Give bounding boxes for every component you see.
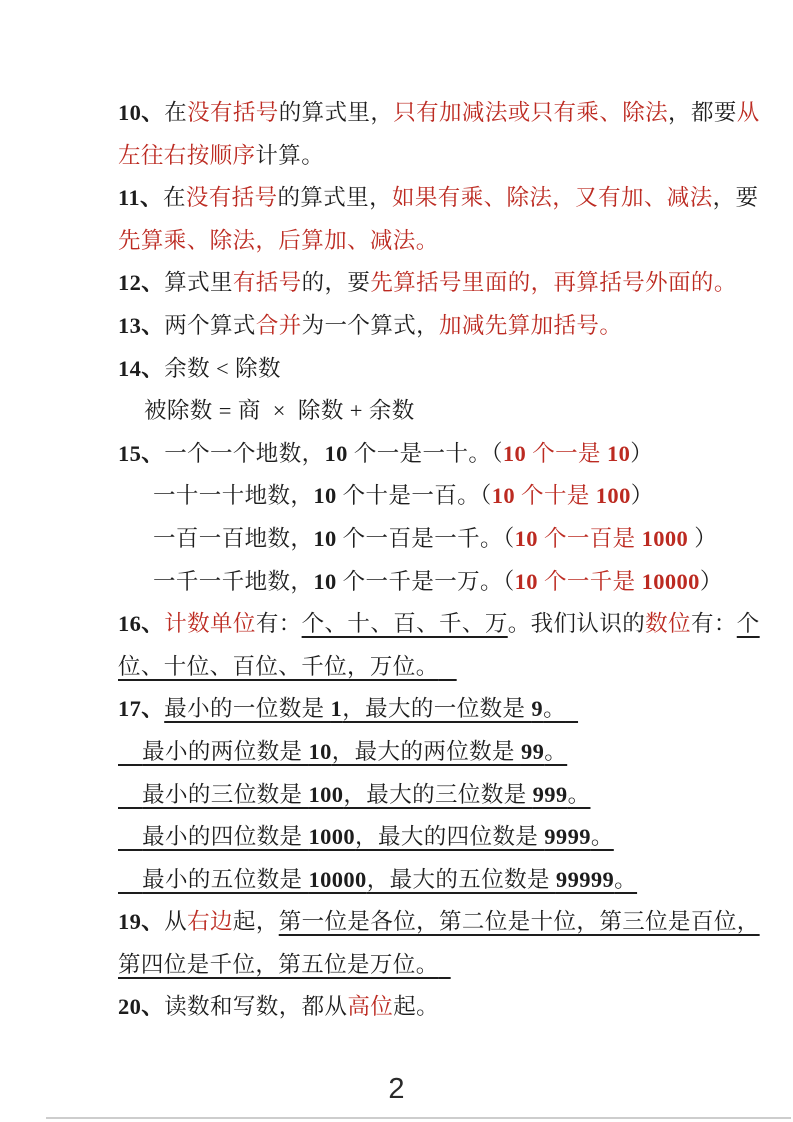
text-segment: 。 <box>568 782 591 807</box>
text-segment: 一百一百地数， <box>153 526 313 551</box>
text-segment: 12、 <box>118 270 164 295</box>
text-segment: 最小的两位数是 <box>142 739 308 764</box>
text-segment: 10000 <box>642 569 700 594</box>
text-segment: 最小的五位数是 <box>142 867 308 892</box>
text-segment: 100 <box>596 483 631 508</box>
text-line: 17、最小的一位数是 1，最大的一位数是 9。 <box>118 688 753 731</box>
text-segment: 10 <box>313 483 336 508</box>
text-segment: 个一是 <box>526 441 607 466</box>
text-segment <box>118 739 142 764</box>
footer-divider <box>46 1117 791 1119</box>
text-segment: 余数 < 除数 <box>164 356 281 381</box>
text-segment: 先算乘、除法，后算加、减法。 <box>118 228 439 253</box>
text-segment: 两个算式 <box>164 313 256 338</box>
text-line: 10、在没有括号的算式里，只有加减法或只有乘、除法，都要从 <box>118 92 753 135</box>
text-segment: 高位 <box>347 994 393 1019</box>
text-segment: 第四位是千位，第五位是万位。 <box>118 952 439 977</box>
text-segment: 最小的一位数是 <box>164 696 330 721</box>
text-segment: 10 <box>515 526 538 551</box>
page-number: 2 <box>0 1073 793 1106</box>
text-line: 一百一百地数，10 个一百是一千。（10 个一百是 1000 ） <box>118 518 753 561</box>
text-segment: 。 <box>543 696 566 721</box>
text-segment: 个一是一十。（ <box>348 441 503 466</box>
text-segment: 为一个算式， <box>302 313 439 338</box>
text-segment: 没有括号 <box>186 185 278 210</box>
text-segment: 有括号 <box>233 270 302 295</box>
text-line: 11、在没有括号的算式里，如果有乘、除法，又有加、减法，要 <box>118 177 753 220</box>
text-line: 14、余数 < 除数 <box>118 348 753 391</box>
text-segment <box>118 782 142 807</box>
text-segment: ，最大的五位数是 <box>367 867 556 892</box>
text-segment: 。 <box>544 739 567 764</box>
text-line: 一十一十地数，10 个十是一百。（10 个十是 100） <box>118 475 753 518</box>
text-line: 最小的五位数是 10000，最大的五位数是 99999。 <box>118 859 753 902</box>
text-segment: 16、 <box>118 611 164 636</box>
text-segment: 最小的三位数是 <box>142 782 308 807</box>
text-segment: 1000 <box>642 526 689 551</box>
text-line: 左往右按顺序计算。 <box>118 135 753 178</box>
text-segment: 。我们认识的 <box>508 611 645 636</box>
text-line: 位、十位、百位、千位，万位。 <box>118 646 753 689</box>
text-segment: 从 <box>737 100 760 125</box>
text-segment: ，最大的四位数是 <box>355 824 544 849</box>
text-segment: 99999 <box>556 867 614 892</box>
text-segment: 算式里 <box>164 270 233 295</box>
text-segment: ） <box>630 441 653 466</box>
text-segment: 一十一十地数， <box>153 483 313 508</box>
text-segment: ） <box>631 483 654 508</box>
text-segment: 1000 <box>308 824 355 849</box>
text-segment: 第一位是各位，第二位是十位，第三位是百位， <box>279 909 760 934</box>
text-segment: 位、十位、百位、千位，万位。 <box>118 654 439 679</box>
text-line: 先算乘、除法，后算加、减法。 <box>118 220 753 263</box>
text-segment: 15、 <box>118 441 164 466</box>
text-segment: 加减先算加括号。 <box>439 313 622 338</box>
text-segment: 在 <box>164 100 187 125</box>
text-segment: 如果有乘、除法，又有加、减法 <box>392 185 713 210</box>
document-page: 10、在没有括号的算式里，只有加减法或只有乘、除法，都要从左往右按顺序计算。11… <box>0 0 793 1122</box>
text-segment <box>439 952 451 977</box>
text-line: 12、算式里有括号的，要先算括号里面的，再算括号外面的。 <box>118 262 753 305</box>
text-segment: 有： <box>256 611 302 636</box>
text-line: 13、两个算式合并为一个算式，加减先算加括号。 <box>118 305 753 348</box>
text-segment: 数位 <box>645 611 691 636</box>
text-segment: 左往右按顺序 <box>118 143 255 168</box>
text-segment: 被除数 = 商 × 除数 + 余数 <box>144 398 415 423</box>
text-segment: 的，要 <box>302 270 371 295</box>
text-segment: 在 <box>163 185 186 210</box>
text-line: 最小的四位数是 1000，最大的四位数是 9999。 <box>118 816 753 859</box>
text-segment: 10 <box>515 569 538 594</box>
text-segment: 9 <box>531 696 543 721</box>
text-segment: 。 <box>591 824 614 849</box>
text-segment: 起， <box>233 909 279 934</box>
text-segment: 19、 <box>118 909 164 934</box>
text-segment: 计数单位 <box>164 611 256 636</box>
text-segment: 17、 <box>118 696 164 721</box>
text-segment: 合并 <box>256 313 302 338</box>
text-segment: 最小的四位数是 <box>142 824 308 849</box>
text-segment: 从 <box>164 909 187 934</box>
text-segment: 有： <box>691 611 737 636</box>
text-segment <box>566 696 578 721</box>
text-segment: 个、十、百、千、万 <box>302 611 508 636</box>
text-segment: 。 <box>614 867 637 892</box>
text-segment: 没有括号 <box>187 100 279 125</box>
text-segment: 10 <box>607 441 630 466</box>
text-segment: ，都要 <box>668 100 737 125</box>
text-segment: 10 <box>313 569 336 594</box>
text-segment: 10 <box>313 526 336 551</box>
text-segment: 个一千是一万。（ <box>337 569 515 594</box>
text-segment: ，最大的两位数是 <box>332 739 521 764</box>
text-segment: 20、 <box>118 994 164 1019</box>
text-segment: 起。 <box>393 994 439 1019</box>
text-line: 最小的两位数是 10，最大的两位数是 99。 <box>118 731 753 774</box>
text-segment: ） <box>688 526 717 551</box>
text-segment: 11、 <box>118 185 163 210</box>
text-segment: 个一百是一千。（ <box>337 526 515 551</box>
text-segment: ） <box>700 569 723 594</box>
text-segment <box>118 824 142 849</box>
text-segment: 99 <box>521 739 544 764</box>
text-segment: 计算。 <box>255 143 324 168</box>
text-line: 19、从右边起，第一位是各位，第二位是十位，第三位是百位， <box>118 901 753 944</box>
text-line: 16、计数单位有：个、十、百、千、万。我们认识的数位有：个 <box>118 603 753 646</box>
text-segment: 9999 <box>544 824 591 849</box>
text-segment: 个 <box>737 611 760 636</box>
text-segment: ，最大的三位数是 <box>343 782 532 807</box>
text-line: 20、读数和写数，都从高位起。 <box>118 986 753 1029</box>
text-segment: 10000 <box>308 867 366 892</box>
text-segment: 14、 <box>118 356 164 381</box>
text-segment: 10 <box>325 441 348 466</box>
text-segment: 10 <box>492 483 515 508</box>
text-segment: 10 <box>503 441 526 466</box>
text-segment: 一个一个地数， <box>164 441 324 466</box>
text-segment <box>439 654 457 679</box>
text-line: 一千一千地数，10 个一千是一万。（10 个一千是 10000） <box>118 561 753 604</box>
text-segment: 13、 <box>118 313 164 338</box>
text-segment: 个十是 <box>515 483 596 508</box>
text-segment: 的算式里， <box>277 185 392 210</box>
text-segment: 只有加减法或只有乘、除法 <box>393 100 668 125</box>
text-line: 15、一个一个地数，10 个一是一十。（10 个一是 10） <box>118 433 753 476</box>
text-segment: ，要 <box>713 185 759 210</box>
text-segment: 999 <box>533 782 568 807</box>
document-body: 10、在没有括号的算式里，只有加减法或只有乘、除法，都要从左往右按顺序计算。11… <box>118 92 753 1029</box>
text-segment: 先算括号里面的，再算括号外面的。 <box>370 270 736 295</box>
text-segment: 个一千是 <box>538 569 642 594</box>
text-segment: 10 <box>308 739 331 764</box>
text-segment: 10、 <box>118 100 164 125</box>
text-line: 最小的三位数是 100，最大的三位数是 999。 <box>118 774 753 817</box>
text-segment: 个十是一百。（ <box>337 483 492 508</box>
text-line: 第四位是千位，第五位是万位。 <box>118 944 753 987</box>
text-segment: 一千一千地数， <box>153 569 313 594</box>
text-line: 被除数 = 商 × 除数 + 余数 <box>118 390 753 433</box>
text-segment: 100 <box>308 782 343 807</box>
text-segment: 读数和写数，都从 <box>164 994 347 1019</box>
text-segment <box>118 867 142 892</box>
text-segment: 个一百是 <box>538 526 642 551</box>
text-segment: 右边 <box>187 909 233 934</box>
text-segment: 1 <box>331 696 343 721</box>
text-segment: ，最大的一位数是 <box>342 696 531 721</box>
text-segment: 的算式里， <box>279 100 394 125</box>
